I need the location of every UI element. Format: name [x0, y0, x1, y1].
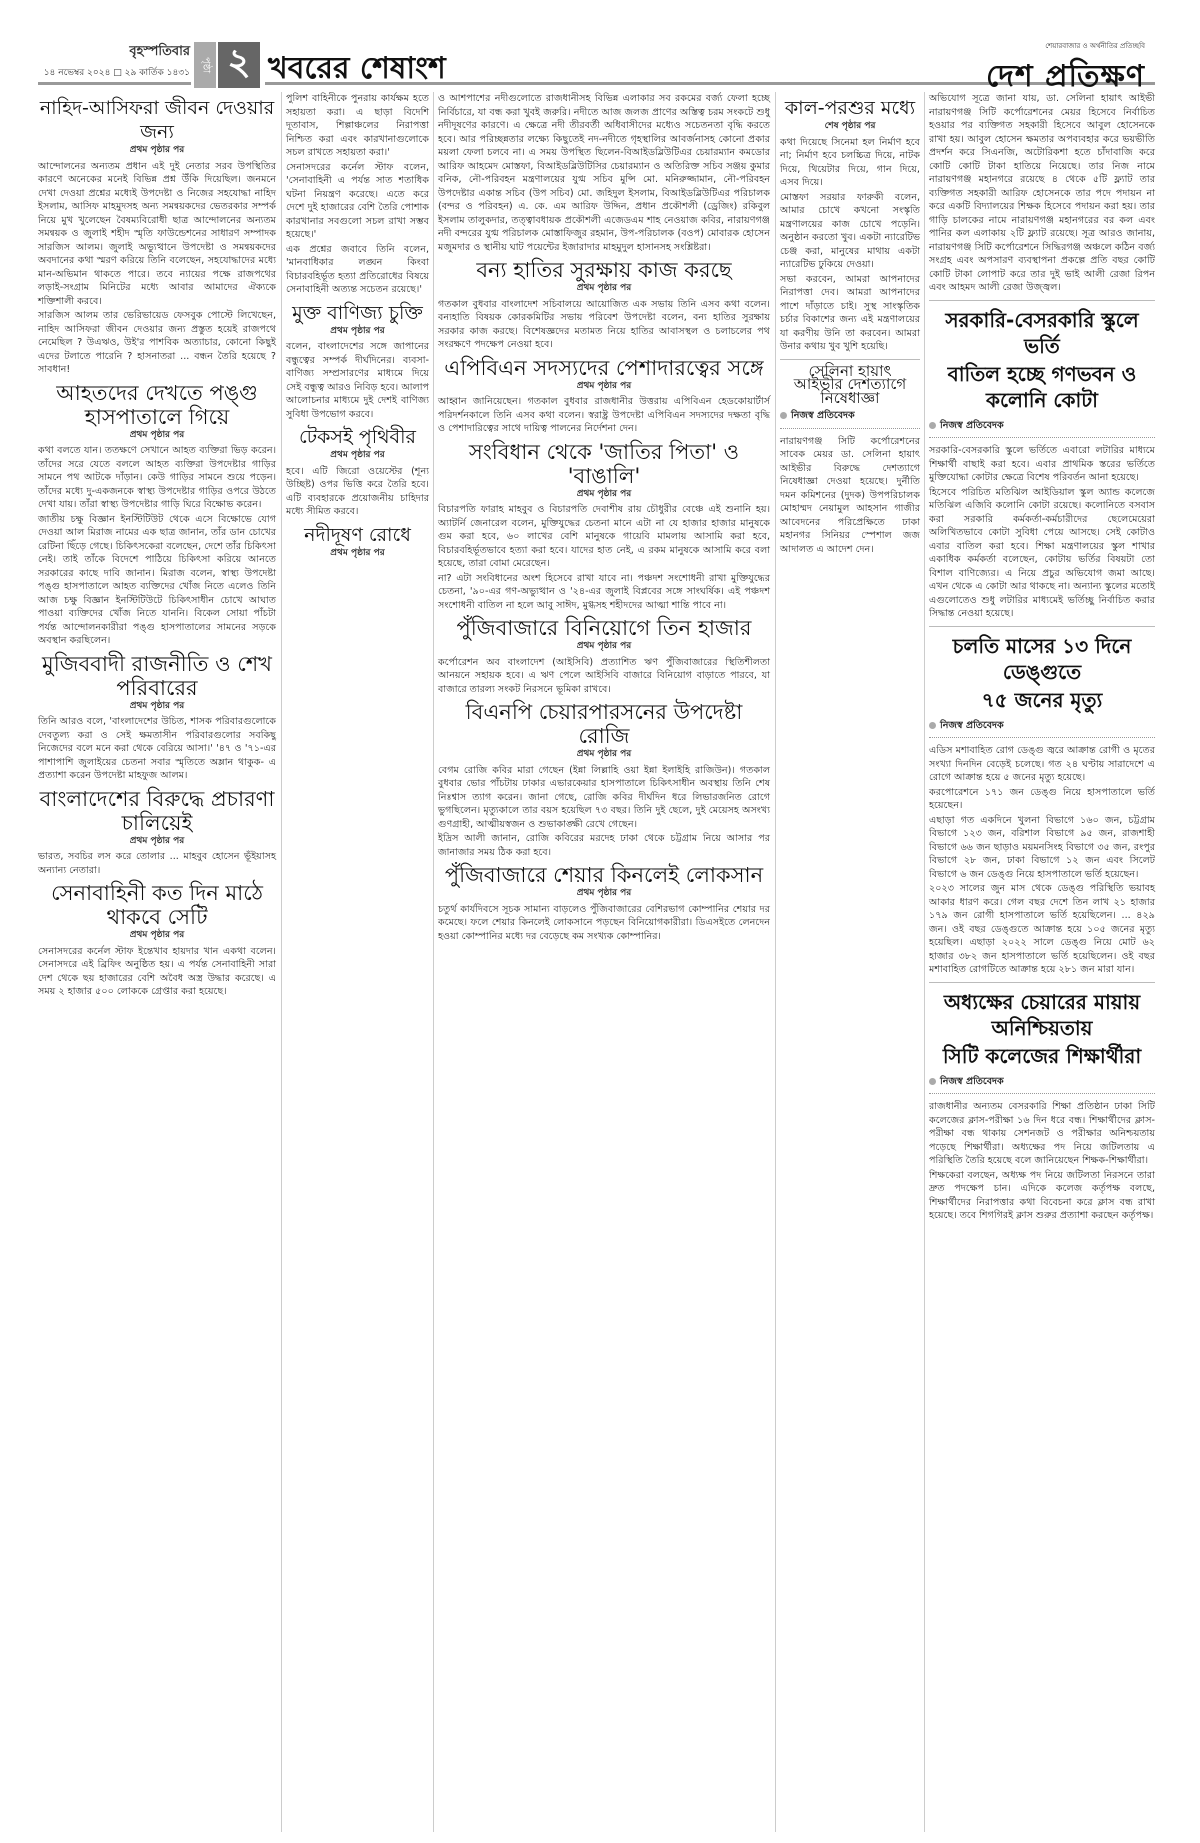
paragraph: শিক্ষকেরা বলছেন, অধ্যক্ষ পদ নিয়ে জটিলতা… [929, 1169, 1155, 1223]
paragraph: কর্পোরেশন অব বাংলাদেশ (আইসিবি) প্রত্যাশি… [438, 656, 770, 697]
paragraph: আন্দোলনের অন্যতম প্রধান এই দুই নেতার সরব… [38, 160, 276, 309]
masthead: বৃহস্পতিবার ১৪ নভেম্বর ২০২৪ □ ২৯ কার্তিক… [0, 0, 1200, 84]
masthead-rule-left [38, 82, 191, 85]
headline: এপিবিএন সদস্যদের পেশাদারত্বের সঙ্গে [438, 356, 770, 380]
column-3: ও আশপাশের নদীগুলোতে রাজধানীসহ বিভিন্ন এল… [438, 92, 770, 944]
paragraph: আহ্বান জানিয়েছেন। গতকাল বুধবার রাজধানীর… [438, 395, 770, 436]
section-divider [780, 359, 920, 360]
headline-line-1: সরকারি-বেসরকারি স্কুলে ভর্তি [929, 307, 1155, 359]
continuation-label: প্রথম পৃষ্ঠার পর [438, 380, 770, 394]
column-divider [433, 92, 434, 1832]
paragraph: এডিস মশাবাহিত রোগ ডেঙ্গু জ্বরে আক্রান্ত … [929, 744, 1155, 785]
headline: বন্য হাতির সুরক্ষায় কাজ করছে [438, 258, 770, 282]
column-divider [281, 92, 282, 1832]
paragraph: করপোরেশনে ১৭১ জন ডেঙ্গু নিয়ে হাসপাতালে … [929, 786, 1155, 813]
column-1: নাহিদ-আসিফরা জীবন দেওয়ার জন্য প্রথম পৃষ… [38, 92, 276, 1000]
continuation-label: প্রথম পৃষ্ঠার পর [286, 325, 429, 339]
article-propaganda[interactable]: বাংলাদেশের বিরুদ্ধে প্রচারণা চালিয়েই প্… [38, 787, 276, 878]
bullet-icon [780, 412, 787, 419]
headline: বিএনপি চেয়ারপারসনের উপদেষ্টা রোজি [438, 700, 770, 748]
headline-line-2: সিটি কলেজের শিক্ষার্থীরা [929, 1043, 1155, 1069]
article-dengue[interactable]: চলতি মাসের ১৩ দিনে ডেঙ্গুতে ৭৫ জনের মৃত্… [929, 633, 1155, 977]
article-city-college[interactable]: অধ্যক্ষের চেয়ারের মায়ায় অনিশ্চিয়তায়… [929, 989, 1155, 1223]
continuation-label: প্রথম পৃষ্ঠার পর [38, 144, 276, 158]
column-divider [924, 92, 925, 1832]
page-tag: পৃষ্ঠা [194, 42, 216, 88]
column-2: পুলিশ বাহিনীকে পুনরায় কার্যক্ষম হতে সহা… [286, 92, 429, 562]
paragraph: বেগম রোজি কবির মারা গেছেন (ইন্না লিল্লাহ… [438, 764, 770, 832]
issue-dates: ১৪ নভেম্বর ২০২৪ □ ২৯ কার্তিক ১৪৩১ [40, 65, 190, 80]
paragraph: ভারত, সবচির লস করে তোলার ... মাহবুব হোসে… [38, 850, 276, 877]
paragraph: বিচারপতি ফারাহ মাহবুব ও বিচারপতি দেবাশীষ… [438, 503, 770, 571]
continuation-label: প্রথম পৃষ্ঠার পর [438, 887, 770, 901]
headline: সেনাবাহিনী কত দিন মাঠে থাকবে সেটি [38, 881, 276, 929]
paragraph: নারায়ণগঞ্জ সিটি কর্পোরেশনের সাবেক মেয়র… [780, 435, 920, 557]
article-kal-porshu[interactable]: কাল-পরশুর মধ্যে শেষ পৃষ্ঠার পর কথা দিয়ে… [780, 96, 920, 354]
paragraph: সারজিস আলম তার ভেরিভায়েড ফেসবুক পোস্টে … [38, 309, 276, 377]
paragraph: বলেন, বাংলাদেশের সঙ্গে জাপানের বন্ধুত্বে… [286, 340, 429, 421]
headline: নাহিদ-আসিফরা জীবন দেওয়ার জন্য [38, 96, 276, 144]
article-elephant[interactable]: বন্য হাতির সুরক্ষায় কাজ করছে প্রথম পৃষ্… [438, 258, 770, 352]
headline: সংবিধান থেকে 'জাতির পিতা' ও 'বাঙালি' [438, 440, 770, 488]
continuation-label: প্রথম পৃষ্ঠার পর [286, 547, 429, 561]
paragraph: ও আশপাশের নদীগুলোতে রাজধানীসহ বিভিন্ন এল… [438, 92, 770, 254]
paragraph: ইদ্রিস আলী জানান, রোজি কবিরের মরদেহ ঢাকা… [438, 832, 770, 859]
section-divider [929, 982, 1155, 983]
article-ahoto[interactable]: আহতদের দেখতে পঙ্গু হাসপাতালে গিয়ে প্রথম… [38, 381, 276, 648]
article-constitution[interactable]: সংবিধান থেকে 'জাতির পিতা' ও 'বাঙালি' প্র… [438, 440, 770, 613]
article-share-loss[interactable]: পুঁজিবাজারে শেয়ার কিনলেই লোকসান প্রথম প… [438, 863, 770, 943]
headline: বাংলাদেশের বিরুদ্ধে প্রচারণা চালিয়েই [38, 787, 276, 835]
byline-text: নিজস্ব প্রতিবেদক [940, 720, 1004, 731]
headline: পুঁজিবাজারে শেয়ার কিনলেই লোকসান [438, 863, 770, 887]
paragraph: চতুর্থ কার্যদিবসে সূচক সামান্য বাড়লেও প… [438, 903, 770, 944]
bullet-icon [929, 422, 936, 429]
section-divider [929, 626, 1155, 627]
article-nahid[interactable]: নাহিদ-আসিফরা জীবন দেওয়ার জন্য প্রথম পৃষ… [38, 96, 276, 377]
article-capital-3000[interactable]: পুঁজিবাজারে বিনিয়োগে তিন হাজার প্রথম পৃ… [438, 616, 770, 696]
paragraph: অভিযোগ সূত্রে জানা যায়, ডা. সেলিনা হায়… [929, 92, 1155, 295]
bullet-icon [929, 1078, 936, 1085]
paragraph: গতকাল বুধবার বাংলাদেশ সচিবালয়ে আয়োজিত … [438, 298, 770, 352]
paragraph: কথা দিয়েছে সিনেমা হল নির্মাণ হবে না; নি… [780, 136, 920, 190]
article-river-continued[interactable]: ও আশপাশের নদীগুলোতে রাজধানীসহ বিভিন্ন এল… [438, 92, 770, 254]
issue-date-block: বৃহস্পতিবার ১৪ নভেম্বর ২০২৪ □ ২৯ কার্তিক… [40, 42, 190, 80]
paragraph: সভা করবেন, আমরা আপনাদের নিরাপত্তা দেব। আ… [780, 273, 920, 354]
paragraph: সরকারি-বেসরকারি স্কুলে ভর্তিতে এবারো লটা… [929, 444, 1155, 485]
continuation-label: প্রথম পৃষ্ঠার পর [38, 700, 276, 714]
article-sustainable[interactable]: টেকসই পৃথিবীর প্রথম পৃষ্ঠার পর হবে। এটি … [286, 425, 429, 519]
continuation-label: প্রথম পৃষ্ঠার পর [38, 929, 276, 943]
headline: কাল-পরশুর মধ্যে [780, 96, 920, 120]
paragraph: হবে। এটি জিরো ওয়েস্টের (শূন্য উচ্ছিষ্ট)… [286, 465, 429, 519]
headline: টেকসই পৃথিবীর [286, 425, 429, 449]
byline-text: নিজস্ব প্রতিবেদক [791, 410, 855, 421]
headline: পুঁজিবাজারে বিনিয়োগে তিন হাজার [438, 616, 770, 640]
continuation-label: প্রথম পৃষ্ঠার পর [38, 429, 276, 443]
issue-day: বৃহস্পতিবার [40, 42, 190, 63]
paragraph: সেনাসদরের কর্নেল স্টাফ ইন্তেখাব হায়দার … [38, 945, 276, 999]
section-divider [929, 300, 1155, 301]
paragraph: এক প্রশ্নের জবাবে তিনি বলেন, 'মানবাধিকার… [286, 243, 429, 297]
article-army-continued[interactable]: পুলিশ বাহিনীকে পুনরায় কার্যক্ষম হতে সহা… [286, 92, 429, 297]
paragraph: মোস্তফা সরয়ার ফারুকী বলেন, আমার চোখে কখ… [780, 191, 920, 272]
article-apbn[interactable]: এপিবিএন সদস্যদের পেশাদারত্বের সঙ্গে প্রথ… [438, 356, 770, 436]
headline-line-2: ৭৫ জনের মৃত্যু [929, 687, 1155, 713]
headline-line-1: চলতি মাসের ১৩ দিনে ডেঙ্গুতে [929, 633, 1155, 685]
headline: আহতদের দেখতে পঙ্গু হাসপাতালে গিয়ে [38, 381, 276, 429]
paragraph: কথা বলতে যান। ততক্ষণে সেখানে আহত ব্যক্তি… [38, 444, 276, 512]
column-divider [775, 92, 776, 1832]
headline-line-2: বাতিল হচ্ছে গণভবন ও কলোনি কোটা [929, 361, 1155, 413]
continuation-label: প্রথম পৃষ্ঠার পর [438, 640, 770, 654]
paragraph: তিনি আরও বলে, 'বাংলাদেশের উচিত, শাসক পরি… [38, 715, 276, 783]
headline: নদীদূষণ রোধে [286, 523, 429, 547]
paragraph: না? এটা সংবিধানের অংশ হিসেবে রাখা যাবে ন… [438, 572, 770, 613]
byline-text: নিজস্ব প্রতিবেদক [940, 420, 1004, 431]
headline-line-1: অধ্যক্ষের চেয়ারের মায়ায় অনিশ্চিয়তায় [929, 989, 1155, 1041]
article-river[interactable]: নদীদূষণ রোধে প্রথম পৃষ্ঠার পর [286, 523, 429, 561]
article-mujib[interactable]: মুজিববাদী রাজনীতি ও শেখ পরিবারের প্রথম প… [38, 652, 276, 783]
continuation-label: প্রথম পৃষ্ঠার পর [438, 748, 770, 762]
paragraph: রাজধানীর অন্যতম বেসরকারি শিক্ষা প্রতিষ্ঠ… [929, 1100, 1155, 1168]
article-army[interactable]: সেনাবাহিনী কত দিন মাঠে থাকবে সেটি প্রথম … [38, 881, 276, 999]
byline: নিজস্ব প্রতিবেদক [929, 419, 1155, 439]
byline: নিজস্ব প্রতিবেদক [929, 719, 1155, 739]
paragraph: জাতীয় চক্ষু বিজ্ঞান ইনস্টিটিউট থেকে এসে… [38, 513, 276, 648]
byline: নিজস্ব প্রতিবেদক [780, 409, 920, 429]
article-bnp-rozi[interactable]: বিএনপি চেয়ারপারসনের উপদেষ্টা রোজি প্রথম… [438, 700, 770, 859]
section-title: খবরের শেষাংশ [268, 44, 446, 95]
byline-text: নিজস্ব প্রতিবেদক [940, 1076, 1004, 1087]
article-ivy-continued[interactable]: অভিযোগ সূত্রে জানা যায়, ডা. সেলিনা হায়… [929, 92, 1155, 295]
paragraph: ২০২৩ সালের জুন মাস থেকে ডেঙ্গু পরিস্থিতি… [929, 882, 1155, 977]
column-4: কাল-পরশুর মধ্যে শেষ পৃষ্ঠার পর কথা দিয়ে… [780, 92, 920, 557]
continuation-label: প্রথম পৃষ্ঠার পর [286, 449, 429, 463]
paragraph: সেনাসদরের কর্নেল স্টাফ বলেন, 'সেনাবাহিনী… [286, 161, 429, 242]
page-number: ২ [218, 42, 260, 88]
continuation-label: প্রথম পৃষ্ঠার পর [38, 835, 276, 849]
continuation-label: প্রথম পৃষ্ঠার পর [438, 488, 770, 502]
article-seline-ivy[interactable]: সেলিনা হায়াৎ আইভীর দেশত্যাগে নিষেধাজ্ঞা… [780, 365, 920, 557]
headline: মুজিববাদী রাজনীতি ও শেখ পরিবারের [38, 652, 276, 700]
headline: মুক্ত বাণিজ্য চুক্তি [286, 301, 429, 325]
headline-line-3: নিষেধাজ্ঞা [780, 392, 920, 406]
paragraph: হিসেবে পরিচিত মতিঝিল আইডিয়াল স্কুল অ্যা… [929, 486, 1155, 621]
bullet-icon [929, 722, 936, 729]
byline: নিজস্ব প্রতিবেদক [929, 1075, 1155, 1095]
column-5: অভিযোগ সূত্রে জানা যায়, ডা. সেলিনা হায়… [929, 92, 1155, 1224]
paragraph: এছাড়া গত একদিনে খুলনা বিভাগে ১৬০ জন, চট… [929, 814, 1155, 882]
article-trade[interactable]: মুক্ত বাণিজ্য চুক্তি প্রথম পৃষ্ঠার পর বল… [286, 301, 429, 422]
paragraph: পুলিশ বাহিনীকে পুনরায় কার্যক্ষম হতে সহা… [286, 92, 429, 160]
continuation-label: শেষ পৃষ্ঠার পর [780, 120, 920, 134]
article-school-quota[interactable]: সরকারি-বেসরকারি স্কুলে ভর্তি বাতিল হচ্ছে… [929, 307, 1155, 621]
continuation-label: প্রথম পৃষ্ঠার পর [438, 282, 770, 296]
brand-tagline: শেয়ারবাজার ও অর্থনীতির প্রতিচ্ছবি [986, 40, 1145, 52]
